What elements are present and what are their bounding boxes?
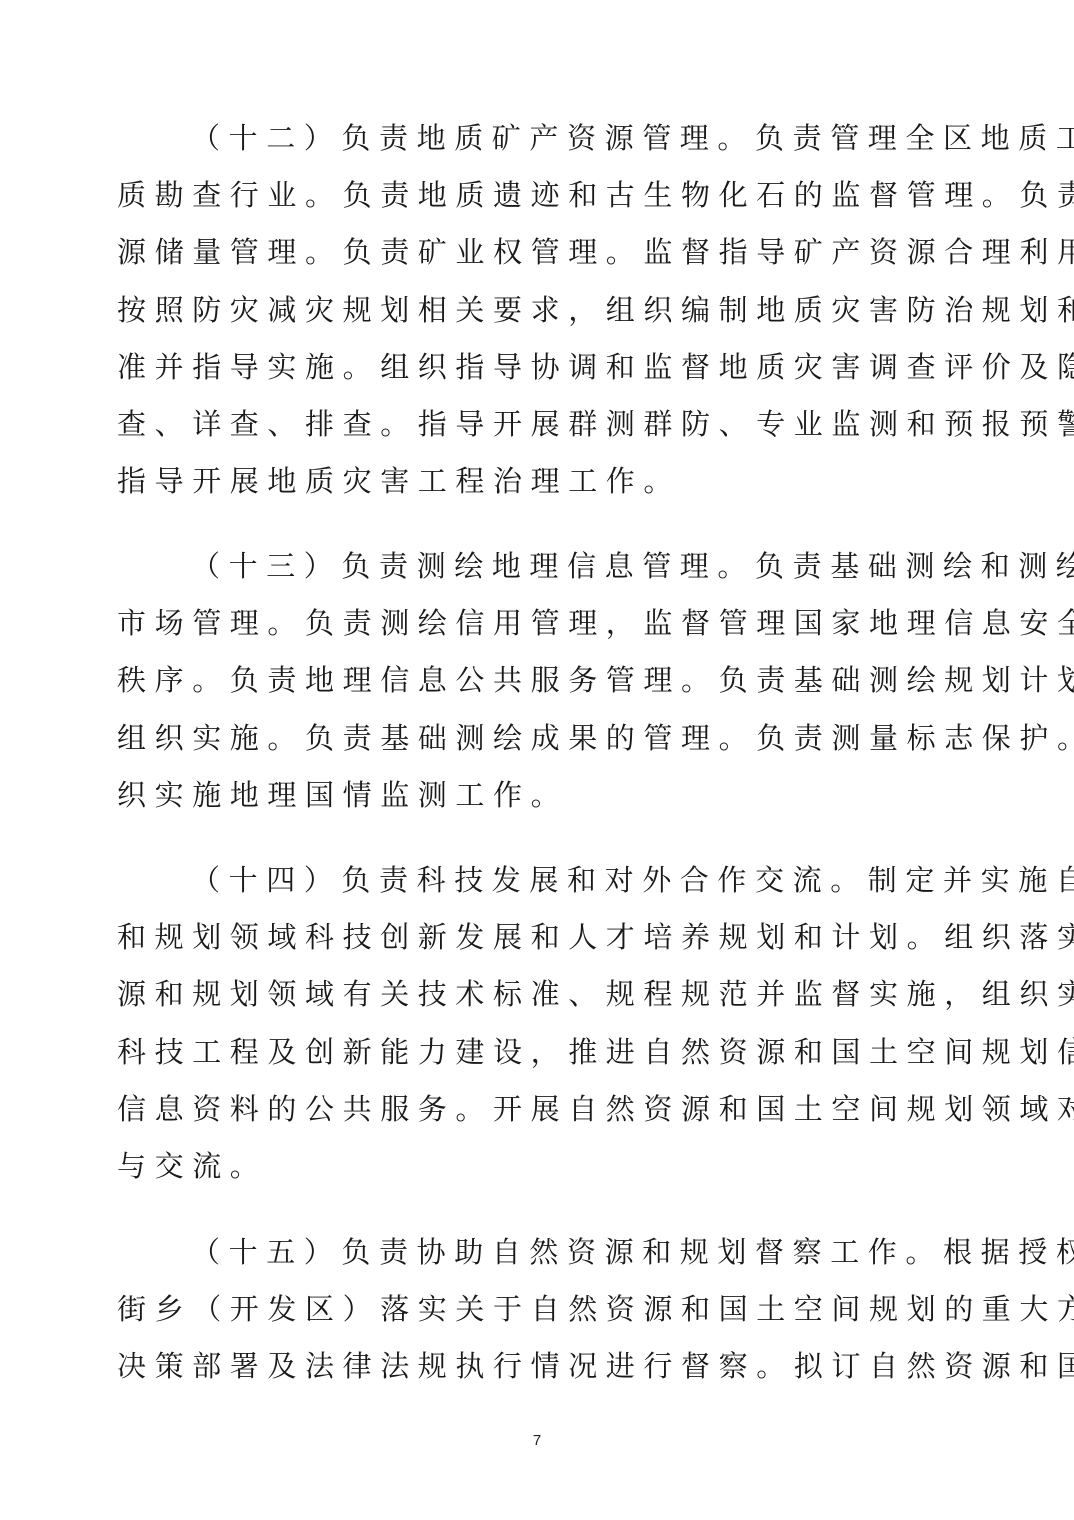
text-line: 街乡（开发区）落实关于自然资源和国土空间规划的重大方针政策、 — [117, 1281, 957, 1338]
page-number: 7 — [0, 1432, 1074, 1449]
text-line: 组织实施。负责基础测绘成果的管理。负责测量标志保护。负责组 — [117, 710, 957, 767]
text-line: （十二）负责地质矿产资源管理。负责管理全区地质工作和地 — [117, 110, 957, 167]
text-line: 秩序。负责地理信息公共服务管理。负责基础测绘规划计划编制和 — [117, 652, 957, 709]
document-page: （十二）负责地质矿产资源管理。负责管理全区地质工作和地 质勘查行业。负责地质遗迹… — [0, 0, 1074, 1520]
text-line: 准并指导实施。组织指导协调和监督地质灾害调查评价及隐患的普 — [117, 339, 957, 396]
text-line: （十五）负责协助自然资源和规划督察工作。根据授权，对各 — [117, 1224, 957, 1281]
paragraph-item-12: （十二）负责地质矿产资源管理。负责管理全区地质工作和地 质勘查行业。负责地质遗迹… — [117, 110, 957, 510]
text-line: 和规划领域科技创新发展和人才培养规划和计划。组织落实自然资 — [117, 909, 957, 966]
paragraph-item-13: （十三）负责测绘地理信息管理。负责基础测绘和测绘行业及 市场管理。负责测绘信用管… — [117, 538, 957, 824]
text-line: （十四）负责科技发展和对外合作交流。制定并实施自然资源 — [117, 852, 957, 909]
text-line: 市场管理。负责测绘信用管理，监督管理国家地理信息安全和市场 — [117, 595, 957, 652]
text-line: 按照防灾减灾规划相关要求，组织编制地质灾害防治规划和防护标 — [117, 282, 957, 339]
text-line: 指导开展地质灾害工程治理工作。 — [117, 453, 957, 510]
paragraph-item-15: （十五）负责协助自然资源和规划督察工作。根据授权，对各 街乡（开发区）落实关于自… — [117, 1224, 957, 1396]
text-line: 织实施地理国情监测工作。 — [117, 767, 957, 824]
text-line: 决策部署及法律法规执行情况进行督察。拟订自然资源和国土空间 — [117, 1338, 957, 1395]
text-line: 与交流。 — [117, 1138, 957, 1195]
text-line: 源和规划领域有关技术标准、规程规范并监督实施，组织实施相关 — [117, 966, 957, 1023]
paragraph-item-14: （十四）负责科技发展和对外合作交流。制定并实施自然资源 和规划领域科技创新发展和… — [117, 852, 957, 1195]
text-line: 科技工程及创新能力建设，推进自然资源和国土空间规划信息化和 — [117, 1024, 957, 1081]
text-line: 质勘查行业。负责地质遗迹和古生物化石的监督管理。负责矿产资 — [117, 167, 957, 224]
text-line: 信息资料的公共服务。开展自然资源和国土空间规划领域对外合作 — [117, 1081, 957, 1138]
text-line: 源储量管理。负责矿业权管理。监督指导矿产资源合理利用和保护。 — [117, 224, 957, 281]
text-line: （十三）负责测绘地理信息管理。负责基础测绘和测绘行业及 — [117, 538, 957, 595]
text-line: 查、详查、排查。指导开展群测群防、专业监测和预报预警等工作， — [117, 396, 957, 453]
